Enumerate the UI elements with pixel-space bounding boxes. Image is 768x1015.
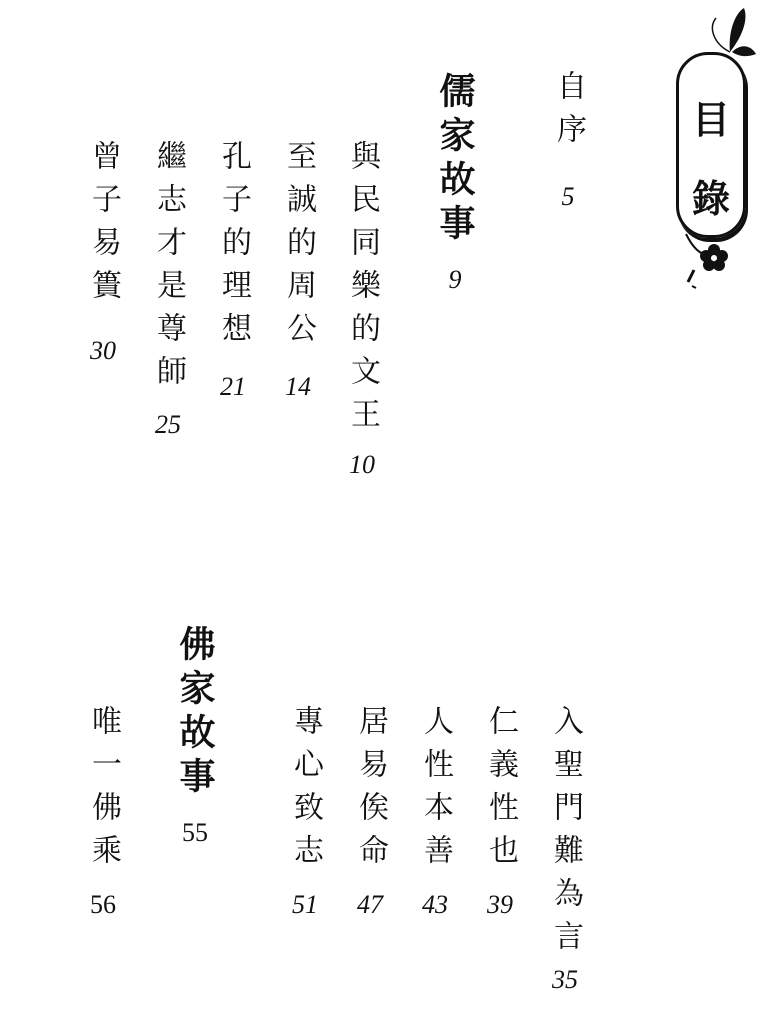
page-number: 43 <box>422 890 448 920</box>
page-number: 21 <box>220 372 246 402</box>
page-number: 56 <box>90 890 116 920</box>
toc-entry[interactable]: 居易俟命 <box>355 705 385 877</box>
title-char-1: 目 <box>679 89 743 144</box>
toc-entry[interactable]: 入聖門難為言 <box>550 705 580 963</box>
toc-entry[interactable]: 專心致志 <box>290 705 320 877</box>
page-number: 10 <box>349 450 375 480</box>
page-number: 51 <box>292 890 318 920</box>
page-number: 47 <box>357 890 383 920</box>
page-number: 14 <box>285 372 311 402</box>
section-heading-confucian[interactable]: 儒家故事 <box>436 72 472 248</box>
page-number: 5 <box>562 182 575 212</box>
toc-entry[interactable]: 仁義性也 <box>485 705 515 877</box>
toc-entry[interactable]: 唯一佛乘 <box>88 705 118 877</box>
toc-entry[interactable]: 孔子的理想 <box>218 140 248 355</box>
toc-entry[interactable]: 繼志才是尊師 <box>153 140 183 398</box>
page-number: 9 <box>449 265 462 295</box>
flower-icon <box>680 230 736 290</box>
toc-entry-preface[interactable]: 自序 <box>553 70 583 156</box>
page-number: 55 <box>182 818 208 848</box>
page-number: 39 <box>487 890 513 920</box>
toc-entry[interactable]: 與民同樂的文王 <box>347 140 377 441</box>
toc-title-badge: 目 錄 <box>676 52 746 238</box>
page-number: 30 <box>90 336 116 366</box>
toc-entry[interactable]: 至誠的周公 <box>283 140 313 355</box>
title-char-2: 錄 <box>679 168 743 223</box>
toc-entry[interactable]: 曾子易簣 <box>88 140 118 312</box>
section-heading-buddhist[interactable]: 佛家故事 <box>176 625 212 801</box>
page-number: 25 <box>155 410 181 440</box>
page-number: 35 <box>552 965 578 995</box>
toc-entry[interactable]: 人性本善 <box>420 705 450 877</box>
